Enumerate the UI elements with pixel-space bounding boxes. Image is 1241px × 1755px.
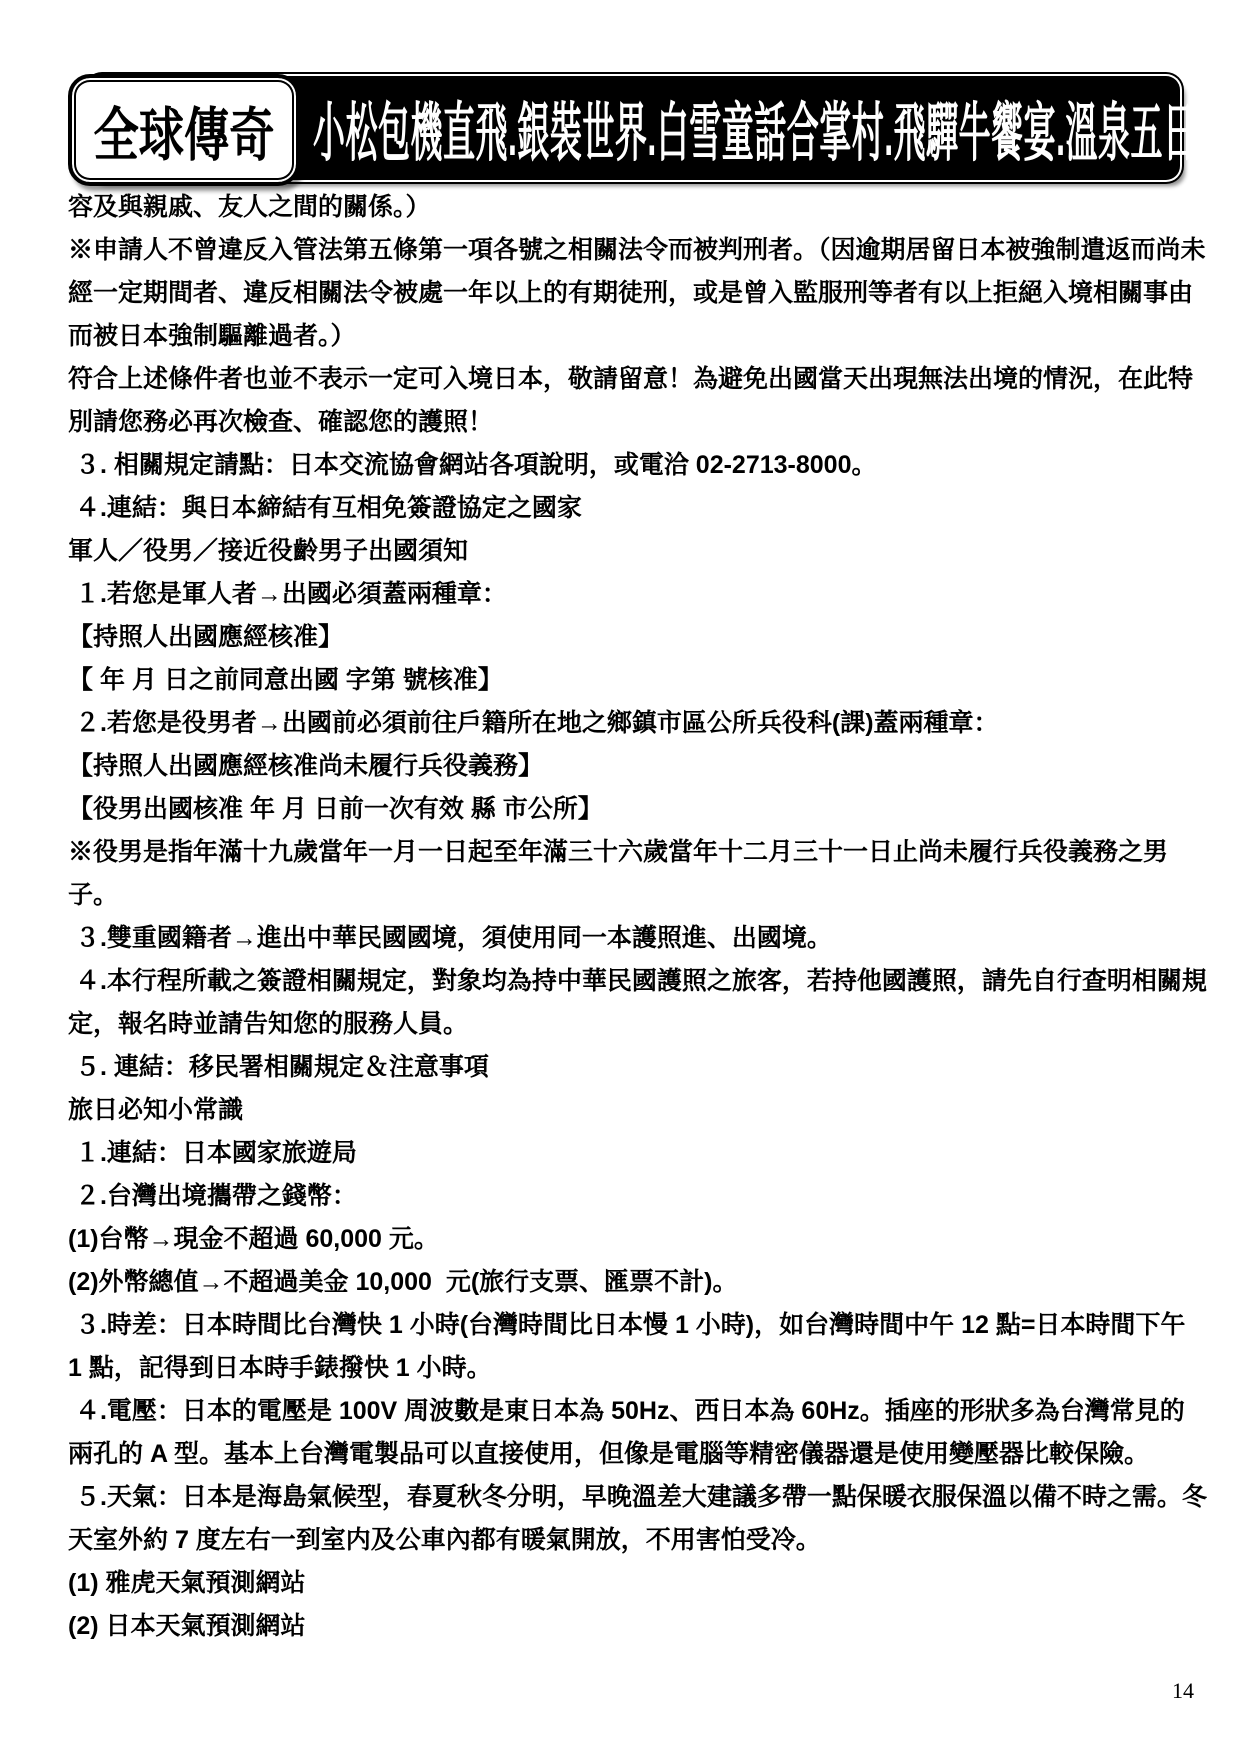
text-line: 【役男出國核准 年 月 日前一次有效 縣 市公所】 bbox=[68, 788, 1178, 831]
text-line: ３.雙重國籍者→進出中華民國國境，須使用同一本護照進、出國境。 bbox=[68, 917, 1178, 960]
text-line: 軍人／役男／接近役齡男子出國須知 bbox=[68, 530, 1178, 573]
text-line: ４.本行程所載之簽證相關規定，對象均為持中華民國護照之旅客，若持他國護照，請先自… bbox=[68, 960, 1178, 1003]
text-line: 容及與親戚、友人之間的關係。） bbox=[68, 186, 1178, 229]
text-line: ５.天氣：日本是海島氣候型，春夏秋冬分明，早晚溫差大建議多帶一點保暖衣服保溫以備… bbox=[68, 1476, 1178, 1519]
brand-logo: 全球傳奇 bbox=[68, 74, 300, 186]
document-body: 容及與親戚、友人之間的關係。）※申請人不曾違反入管法第五條第一項各號之相關法令而… bbox=[68, 186, 1178, 1648]
tour-title: 小松包機直飛.銀裝世界.白雪童話合掌村.飛驒牛饗宴.溫泉五日 bbox=[313, 82, 1196, 174]
text-line: 符合上述條件者也並不表示一定可入境日本，敬請留意！為避免出國當天出現無法出境的情… bbox=[68, 358, 1178, 401]
text-line: 而被日本強制驅離過者。） bbox=[68, 315, 1178, 358]
document-page: 小松包機直飛.銀裝世界.白雪童話合掌村.飛驒牛饗宴.溫泉五日 全球傳奇 容及與親… bbox=[0, 0, 1241, 1755]
text-line: ２.若您是役男者→出國前必須前往戶籍所在地之鄉鎮市區公所兵役科(課)蓋兩種章： bbox=[68, 702, 1178, 745]
text-line: ３.時差：日本時間比台灣快 1 小時(台灣時間比日本慢 1 小時)，如台灣時間中… bbox=[68, 1304, 1178, 1347]
text-line: (1) 雅虎天氣預測網站 bbox=[68, 1562, 1178, 1605]
text-line: ※申請人不曾違反入管法第五條第一項各號之相關法令而被判刑者。（因逾期居留日本被強… bbox=[68, 229, 1178, 272]
text-line: (2)外幣總值→不超過美金 10,000 元(旅行支票、匯票不計)。 bbox=[68, 1261, 1178, 1304]
text-line: １.若您是軍人者→出國必須蓋兩種章： bbox=[68, 573, 1178, 616]
brand-logo-text: 全球傳奇 bbox=[94, 88, 275, 172]
text-line: ４.電壓：日本的電壓是 100V 周波數是東日本為 50Hz、西日本為 60Hz… bbox=[68, 1390, 1178, 1433]
text-line: 別請您務必再次檢查、確認您的護照！ bbox=[68, 401, 1178, 444]
text-line: 定，報名時並請告知您的服務人員。 bbox=[68, 1003, 1178, 1046]
text-line: １.連結：日本國家旅遊局 bbox=[68, 1132, 1178, 1175]
text-line: 旅日必知小常識 bbox=[68, 1089, 1178, 1132]
text-line: ※役男是指年滿十九歲當年一月一日起至年滿三十六歲當年十二月三十一日止尚未履行兵役… bbox=[68, 831, 1178, 874]
page-number: 14 bbox=[1172, 1678, 1194, 1704]
text-line: ４.連結：與日本締結有互相免簽證協定之國家 bbox=[68, 487, 1178, 530]
text-line: 1 點，記得到日本時手錶撥快 1 小時。 bbox=[68, 1347, 1178, 1390]
text-line: 天室外約 7 度左右一到室内及公車內都有暖氣開放，不用害怕受冷。 bbox=[68, 1519, 1178, 1562]
text-line: 經一定期間者、違反相關法令被處一年以上的有期徒刑，或是曾入監服刑等者有以上拒絕入… bbox=[68, 272, 1178, 315]
text-line: ２.台灣出境攜帶之錢幣： bbox=[68, 1175, 1178, 1218]
text-line: 兩孔的 A 型。基本上台灣電製品可以直接使用，但像是電腦等精密儀器還是使用變壓器… bbox=[68, 1433, 1178, 1476]
text-line: (2) 日本天氣預測網站 bbox=[68, 1605, 1178, 1648]
text-line: ３. 相關規定請點：日本交流協會網站各項說明，或電洽 02-2713-8000。 bbox=[68, 444, 1178, 487]
text-line: (1)台幣→現金不超過 60,000 元。 bbox=[68, 1218, 1178, 1261]
text-line: 子。 bbox=[68, 874, 1178, 917]
text-line: 【持照人出國應經核准】 bbox=[68, 616, 1178, 659]
text-line: 【持照人出國應經核准尚未履行兵役義務】 bbox=[68, 745, 1178, 788]
text-line: ５. 連結：移民署相關規定＆注意事項 bbox=[68, 1046, 1178, 1089]
text-line: 【 年 月 日之前同意出國 字第 號核准】 bbox=[68, 659, 1178, 702]
